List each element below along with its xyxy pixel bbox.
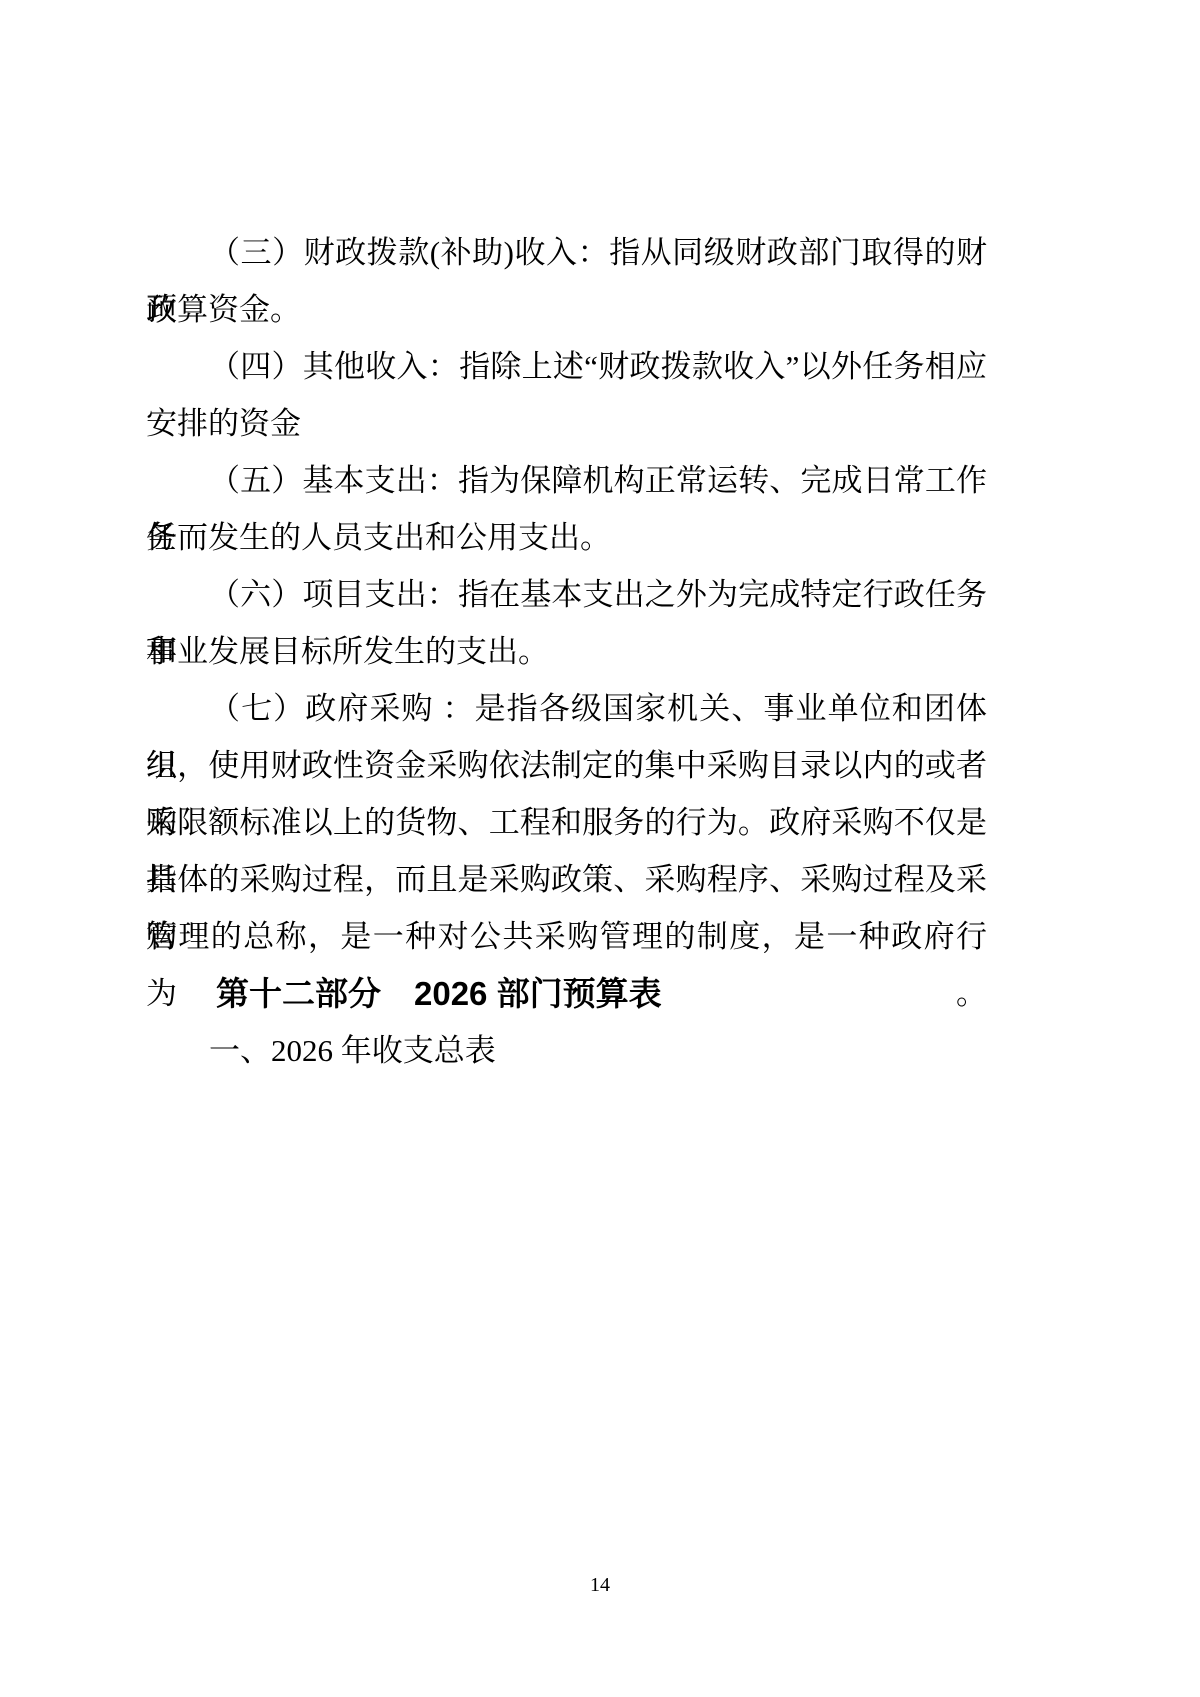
page-number: 14 xyxy=(0,1572,1200,1598)
body-line-government-procurement-cont-3: 具体的采购过程，而且是采购政策、采购程序、采购过程及采购 xyxy=(146,851,987,908)
body-line-fiscal-appropriation-income-cont: 预算资金。 xyxy=(146,281,987,338)
document-body: （三）财政拨款(补助)收入：指从同级财政部门取得的财政 预算资金。 （四）其他收… xyxy=(146,224,987,1079)
subheading-income-expense-table: 一、2026 年收支总表 xyxy=(146,1022,987,1079)
body-line-other-income-cont: 安排的资金 xyxy=(146,395,987,452)
body-line-project-expenditure: （六）项目支出：指在基本支出之外为完成特定行政任务和 xyxy=(146,566,987,623)
body-line-government-procurement-cont-4: 管理的总称，是一种对公共采购管理的制度，是一种政府行为。 xyxy=(146,908,987,965)
body-line-other-income: （四）其他收入：指除上述“财政拨款收入”以外任务相应 xyxy=(146,338,987,395)
body-line-fiscal-appropriation-income: （三）财政拨款(补助)收入：指从同级财政部门取得的财政 xyxy=(146,224,987,281)
body-line-project-expenditure-cont: 事业发展目标所发生的支出。 xyxy=(146,623,987,680)
body-line-government-procurement-cont-2: 购限额标准以上的货物、工程和服务的行为。政府采购不仅是指 xyxy=(146,794,987,851)
body-line-basic-expenditure-cont: 务而发生的人员支出和公用支出。 xyxy=(146,509,987,566)
body-line-government-procurement-cont-1: 织，使用财政性资金采购依法制定的集中采购目录以内的或者采 xyxy=(146,737,987,794)
document-page: （三）财政拨款(补助)收入：指从同级财政部门取得的财政 预算资金。 （四）其他收… xyxy=(0,0,1200,1697)
body-line-government-procurement: （七）政府采购 ：是指各级国家机关、事业单位和团体组 xyxy=(146,680,987,737)
body-line-basic-expenditure: （五）基本支出：指为保障机构正常运转、完成日常工作任 xyxy=(146,452,987,509)
